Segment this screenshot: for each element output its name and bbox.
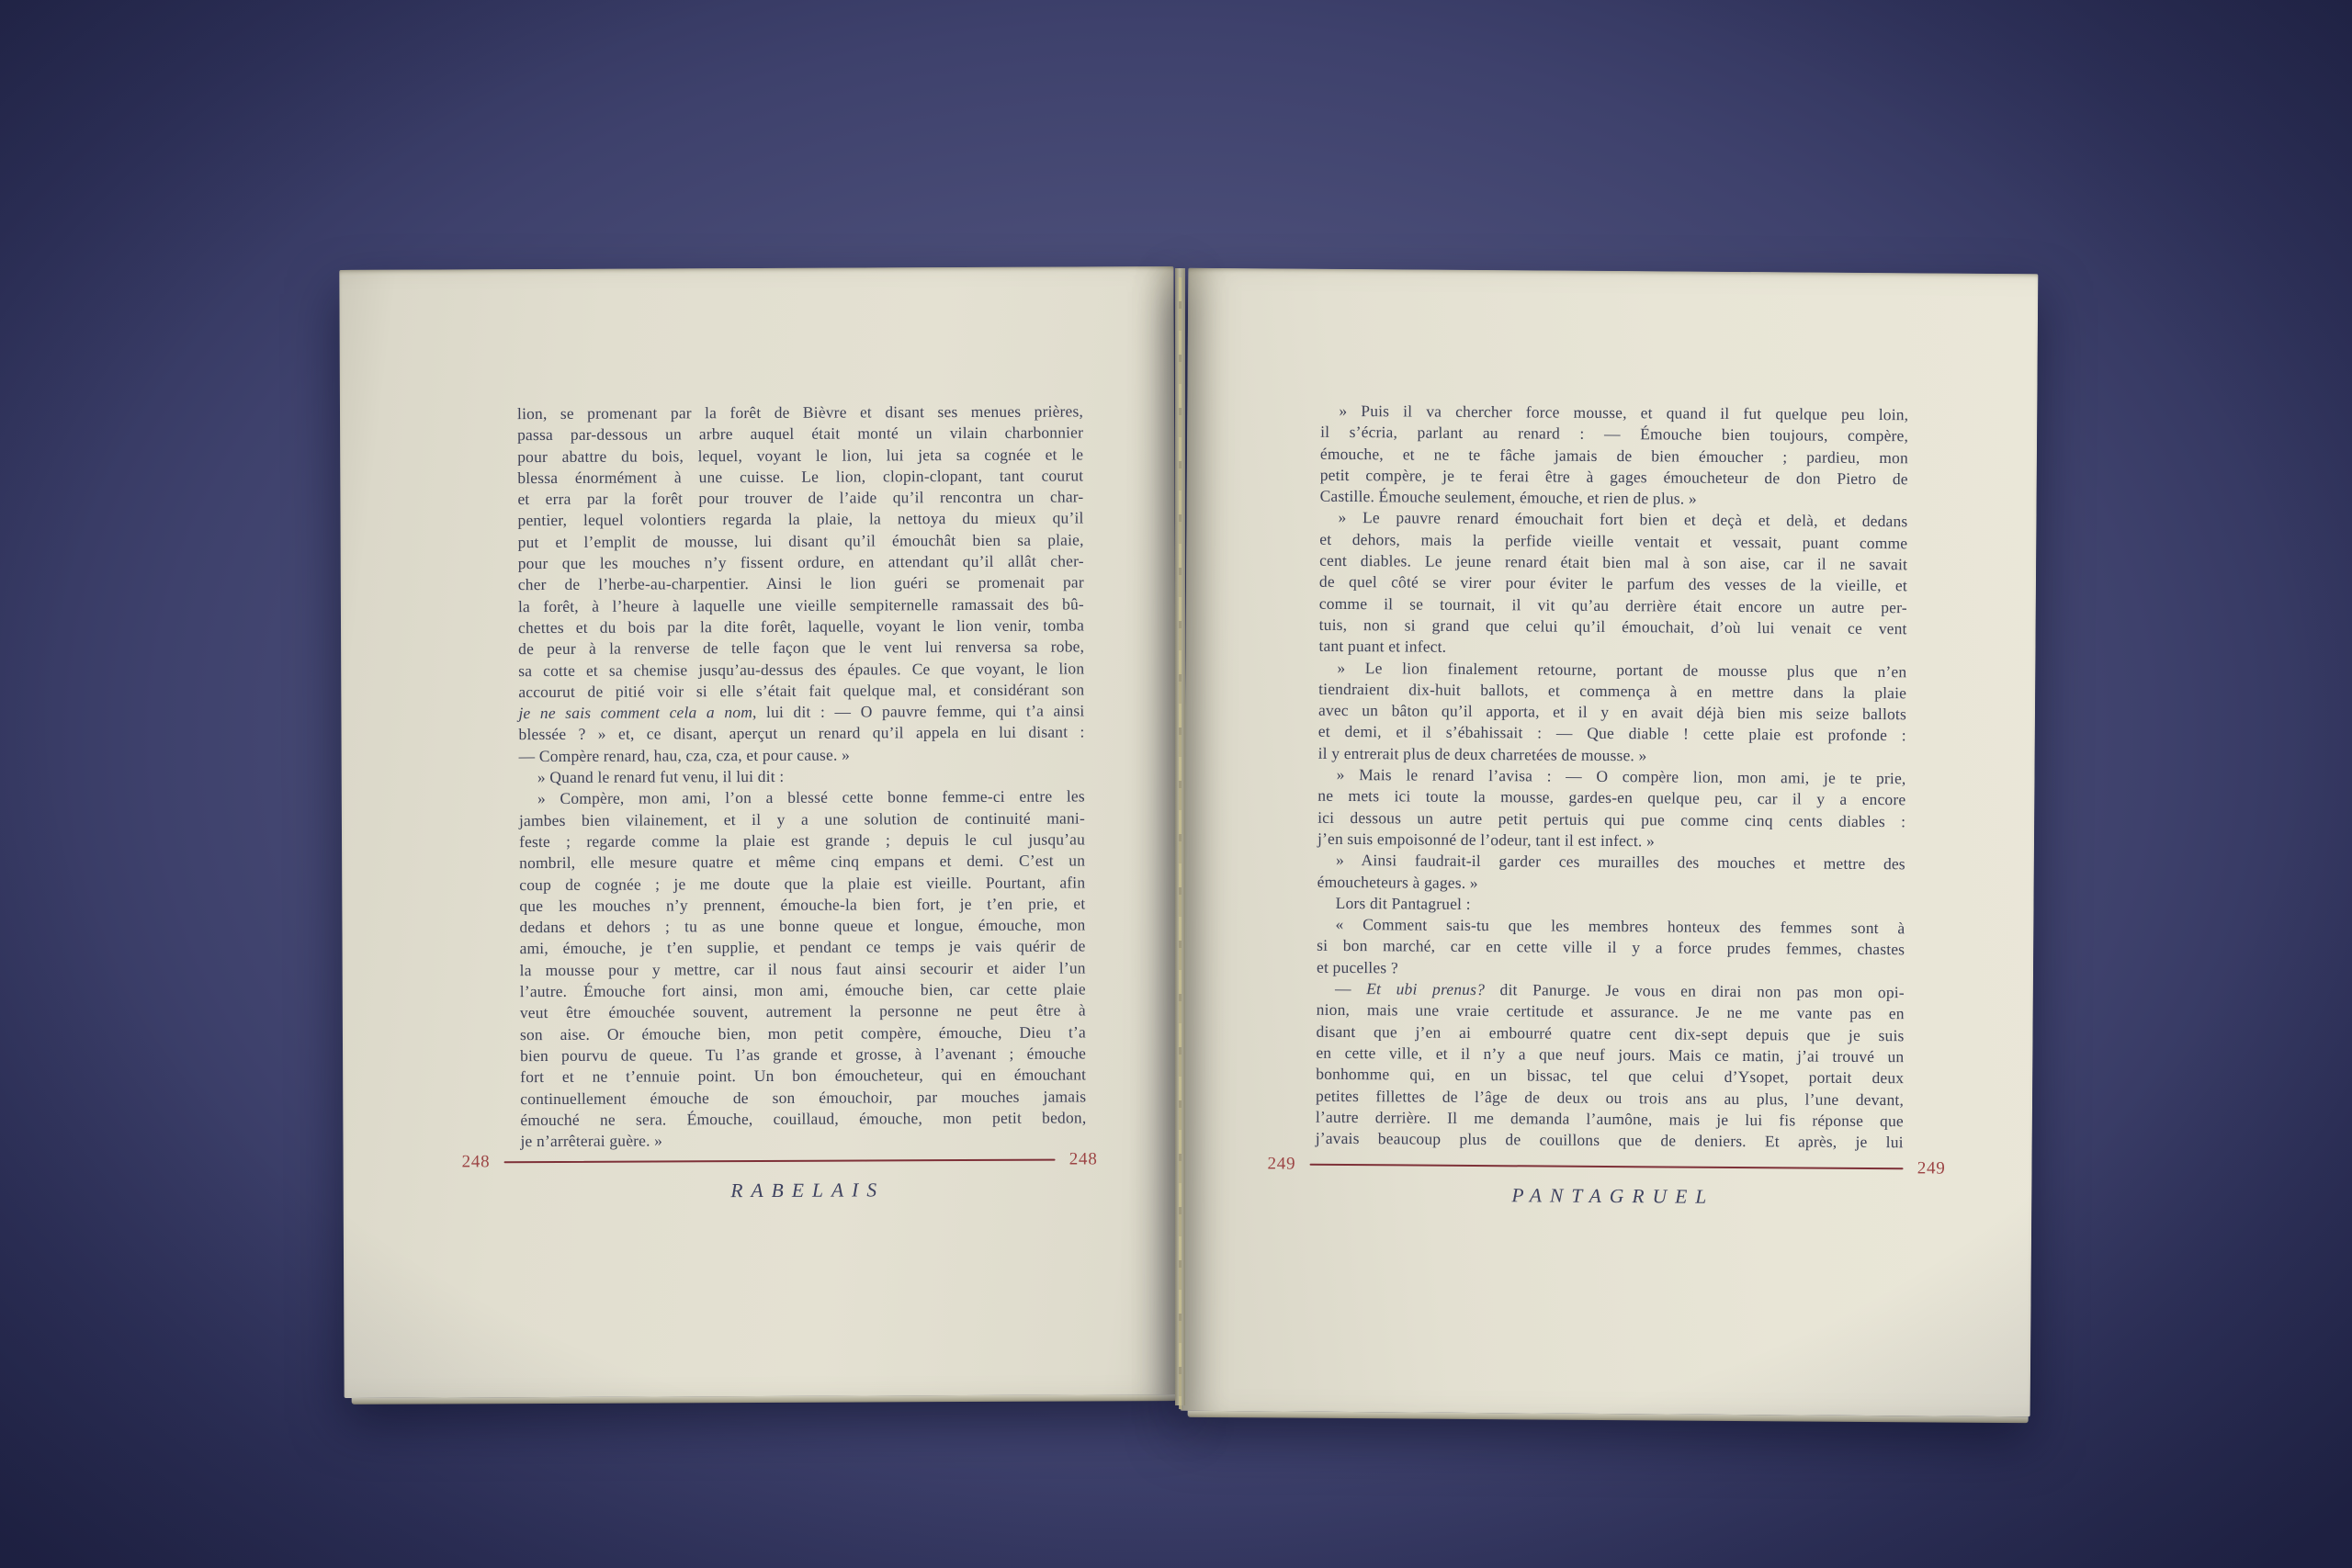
- text-line: pour que les mouches n’y fissent ordure,…: [518, 551, 1084, 575]
- text-line: put et l’emplit de mousse, lui disant qu…: [518, 529, 1084, 553]
- text-line: je n’arrêterai guère. »: [520, 1129, 1086, 1153]
- text-line: nombril, elle mesure quatre et même cinq…: [519, 851, 1085, 874]
- text-line: dedans et dehors ; tu as une bonne queue…: [519, 915, 1085, 939]
- right-folio-outer: 249: [1917, 1160, 1946, 1178]
- text-line: continuellement émouche de son émouchoir…: [520, 1086, 1086, 1110]
- text-line: la mousse pour y mettre, car il nous fau…: [520, 957, 1086, 981]
- text-line: passa par-dessous un arbre auquel était …: [517, 423, 1083, 446]
- text-line: accourut de pitié voir si elle s’était f…: [518, 679, 1084, 703]
- text-line: fort et ne t’ennuie point. Un bon émouch…: [520, 1065, 1086, 1089]
- text-line: pentier, lequel volontiers regarda la pl…: [517, 508, 1083, 532]
- text-line: — Compère renard, hau, cza, cza, et pour…: [519, 743, 1085, 767]
- text-line: émouché ne sera. Émouche, couillaud, émo…: [520, 1107, 1086, 1131]
- text-line: lion, se promenant par la forêt de Bièvr…: [517, 400, 1083, 424]
- text-line: blessée ? » et, ce disant, aperçut un re…: [518, 722, 1084, 746]
- text-line: cher de l’herbe-au-charpentier. Ainsi le…: [518, 572, 1084, 596]
- text-line: pour abattre du bois, lequel, voyant le …: [517, 444, 1083, 468]
- book-page-right: » Puis il va chercher force mousse, et q…: [1181, 268, 2039, 1416]
- left-folio-outer: 248: [462, 1154, 491, 1171]
- text-line: jambes bien vilainement, et il y a une s…: [519, 807, 1085, 831]
- right-running-title: PANTAGRUEL: [1315, 1183, 1903, 1210]
- text-line: veut être émouchée souvent, autrement la…: [520, 1000, 1086, 1024]
- text-line: son aise. Or émouche bien, mon petit com…: [520, 1021, 1086, 1045]
- text-line: coup de cognée ; je me doute que la plai…: [519, 872, 1085, 896]
- book-gutter: [1175, 268, 1185, 1405]
- text-line: l’autre. Émouche fort ainsi, mon ami, ém…: [520, 978, 1086, 1002]
- text-line: la forêt, à l’heure à laquelle une vieil…: [518, 593, 1084, 617]
- text-line: j’avais beaucoup plus de couillons que d…: [1316, 1128, 1904, 1154]
- right-footer-rule: [1309, 1164, 1903, 1170]
- left-footer-rule: [503, 1158, 1055, 1163]
- text-line: blessa énormément à une cuisse. Le lion,…: [517, 465, 1083, 489]
- binding-stitch: [1179, 277, 1182, 1409]
- right-page-surface: » Puis il va chercher force mousse, et q…: [1181, 268, 2039, 1416]
- text-line: de peur à la renverse de telle façon que…: [518, 637, 1084, 660]
- text-line: feste ; regarde comme la plaie est grand…: [519, 829, 1085, 852]
- left-folio-row: 248 248: [462, 1151, 1098, 1171]
- text-line: » Compère, mon ami, l’on a blessé cette …: [519, 786, 1085, 810]
- left-page-surface: lion, se promenant par la forêt de Bièvr…: [339, 266, 1178, 1398]
- left-page-footer: 248 248 RABELAIS: [521, 1151, 1087, 1204]
- text-line: je ne sais comment cela a nom, lui dit :…: [518, 701, 1084, 725]
- text-line: bien pourvu de queue. Tu l’as grande et …: [520, 1043, 1086, 1066]
- left-page-text: lion, se promenant par la forêt de Bièvr…: [517, 400, 1087, 1152]
- right-page-text: » Puis il va chercher force mousse, et q…: [1316, 400, 1909, 1154]
- left-running-title: RABELAIS: [521, 1179, 1087, 1204]
- right-folio-inner: 249: [1267, 1156, 1295, 1173]
- open-book: lion, se promenant par la forêt de Bièvr…: [342, 268, 2034, 1414]
- right-folio-row: 249 249: [1267, 1156, 1945, 1178]
- text-line: sa cotte et sa chemise jusqu’au-dessus d…: [518, 658, 1084, 682]
- right-page-footer: 249 249 PANTAGRUEL: [1315, 1156, 1903, 1210]
- text-line: » Quand le renard fut venu, il lui dit :: [519, 764, 1085, 788]
- text-line: si bon marché, car en cette ville il y a…: [1317, 935, 1905, 961]
- text-line: que les mouches n’y prennent, émouche-la…: [519, 893, 1085, 917]
- photo-backdrop: lion, se promenant par la forêt de Bièvr…: [0, 0, 2352, 1568]
- left-folio-inner: 248: [1069, 1151, 1098, 1168]
- text-line: ami, émouche, je t’en supplie, et pendan…: [520, 936, 1086, 960]
- book-page-left: lion, se promenant par la forêt de Bièvr…: [339, 266, 1178, 1398]
- text-line: et erra par la forêt pour trouver de l’a…: [517, 487, 1083, 511]
- text-line: chettes et du bois par la dite forêt, la…: [518, 615, 1084, 638]
